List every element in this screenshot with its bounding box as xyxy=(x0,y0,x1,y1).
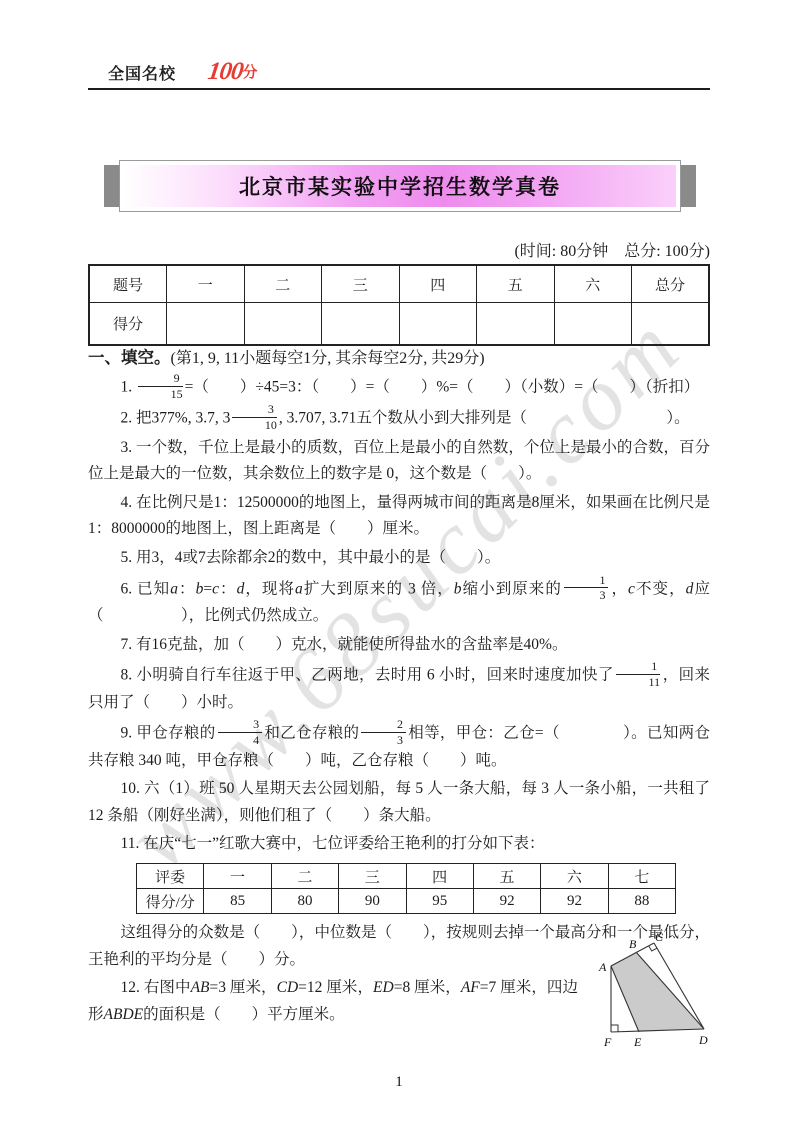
score-table-header-row: 题号一二三四五六总分 xyxy=(89,265,709,303)
judge-table-score-cell: 90 xyxy=(339,889,406,914)
section-1-title: 一、填空。 xyxy=(88,349,171,367)
score-table-empty-cell xyxy=(244,303,322,346)
judge-table-score-row: 得分/分85809095929288 xyxy=(137,889,676,914)
judge-table-header-cell: 一 xyxy=(204,864,271,889)
section-1-note: (第1, 9, 11小题每空1分, 其余每空2分, 共29分) xyxy=(171,350,485,367)
judge-table-header-cell: 评委 xyxy=(137,864,204,889)
banner-gradient: 北京市某实验中学招生数学真卷 xyxy=(124,165,676,207)
figure-label-b: B xyxy=(629,937,637,951)
score-table-empty-cell xyxy=(399,303,477,346)
score-100-number: 100 xyxy=(206,58,244,86)
question-paragraph: 1. 915=（ ）÷45=3：（ ）=（ ）%=（ ）（小数）=（ ）（折扣） xyxy=(88,372,710,401)
figure-label-c: C xyxy=(655,930,664,944)
judge-table-header-row: 评委一二三四五六七 xyxy=(137,864,676,889)
judge-table-header-cell: 六 xyxy=(541,864,608,889)
score-table-header-cell: 一 xyxy=(167,265,245,303)
score-table-empty-cell xyxy=(322,303,400,346)
fraction: 915 xyxy=(138,372,183,400)
score-table-header-cell: 五 xyxy=(477,265,555,303)
figure-label-a: A xyxy=(598,960,607,974)
judge-table-score-cell: 85 xyxy=(204,889,271,914)
question-paragraph: 4. 在比例尺是1：12500000的地图上，量得两城市间的距离是8厘米，如果画… xyxy=(88,490,710,543)
question-paragraph: 9. 甲仓存粮的34和乙仓存粮的23相等，甲仓：乙仓=（ ）。已知两仓共存粮 3… xyxy=(88,718,710,774)
time-score-note: (时间: 80分钟 总分: 100分) xyxy=(514,238,710,261)
score-table-score-row: 得分 xyxy=(89,303,709,346)
question-paragraph: 3. 一个数，千位上是最小的质数，百位上是最小的自然数，个位上是最小的合数，百分… xyxy=(88,435,710,488)
score-table-empty-cell xyxy=(632,303,710,346)
question-paragraph: 10. 六（1）班 50 人星期天去公园划船，每 5 人一条大船，每 3 人一条… xyxy=(88,776,710,829)
score-table-empty-cell xyxy=(167,303,245,346)
judge-table-header-cell: 二 xyxy=(271,864,338,889)
fraction: 23 xyxy=(361,718,406,746)
figure-label-e: E xyxy=(633,1035,642,1049)
judge-table-header-cell: 五 xyxy=(473,864,540,889)
score-table-header-cell: 总分 xyxy=(632,265,710,303)
judge-table-score-cell: 80 xyxy=(271,889,338,914)
fraction: 13 xyxy=(564,574,609,602)
score-100-logo: 100分 xyxy=(208,58,258,86)
question-paragraph: 6. 已知a：b=c：d，现将a扩大到原来的 3 倍，b缩小到原来的13，c不变… xyxy=(88,574,710,630)
score-table-empty-cell xyxy=(554,303,632,346)
exam-title: 北京市某实验中学招生数学真卷 xyxy=(239,171,561,201)
banner-white-box: 北京市某实验中学招生数学真卷 xyxy=(119,160,681,212)
quadrilateral-diagram: A B C D E F xyxy=(592,930,720,1050)
fraction: 34 xyxy=(218,718,263,746)
brand-label: 全国名校 xyxy=(108,61,176,84)
question-paragraph: 5. 用3，4或7去除都余2的数中，其中最小的是（ ）。 xyxy=(88,545,710,572)
figure-label-d: D xyxy=(698,1033,708,1047)
judge-table-header-cell: 三 xyxy=(339,864,406,889)
fraction: 111 xyxy=(616,660,661,688)
judge-scores-table: 评委一二三四五六七得分/分85809095929288 xyxy=(136,863,676,914)
question-paragraph: 2. 把377%, 3.7, 3310, 3.707, 3.71五个数从小到大排… xyxy=(88,403,710,432)
question-paragraph: 12. 右图中AB=3 厘米，CD=12 厘米，ED=8 厘米，AF=7 厘米，… xyxy=(88,975,578,1028)
exam-page: www.68sucai.com 全国名校 100分 北京市某实验中学招生数学真卷… xyxy=(0,0,798,1122)
score-table-header-cell: 六 xyxy=(554,265,632,303)
score-table-header-cell: 四 xyxy=(399,265,477,303)
judge-table-header-cell: 七 xyxy=(608,864,675,889)
question-paragraph: 11. 在庆“七一”红歌大赛中，七位评委给王艳利的打分如下表： xyxy=(88,831,710,858)
question-paragraph: 7. 有16克盐，加（ ）克水，就能使所得盐水的含盐率是40%。 xyxy=(88,632,710,659)
question-paragraph: 8. 小明骑自行车往返于甲、乙两地，去时用 6 小时，回来时速度加快了111，回… xyxy=(88,660,710,716)
judge-table-score-cell: 92 xyxy=(473,889,540,914)
score-100-unit: 分 xyxy=(243,64,258,81)
judge-table-score-cell: 95 xyxy=(406,889,473,914)
fraction: 310 xyxy=(232,403,277,431)
score-summary-table: 题号一二三四五六总分 得分 xyxy=(88,264,710,346)
score-table-header-cell: 题号 xyxy=(89,265,167,303)
judge-table-header-cell: 四 xyxy=(406,864,473,889)
geometry-figure: A B C D E F xyxy=(592,930,720,1050)
section-1-heading: 一、填空。(第1, 9, 11小题每空1分, 其余每空2分, 共29分) xyxy=(88,344,710,368)
score-table-empty-cell xyxy=(477,303,555,346)
judge-table-score-cell: 92 xyxy=(541,889,608,914)
judge-table-row-label: 得分/分 xyxy=(137,889,204,914)
score-table-header-cell: 三 xyxy=(322,265,400,303)
score-table-row-label: 得分 xyxy=(89,303,167,346)
page-header: 全国名校 100分 xyxy=(88,58,710,90)
figure-label-f: F xyxy=(603,1035,612,1049)
page-number: 1 xyxy=(0,1074,798,1091)
judge-table-score-cell: 88 xyxy=(608,889,675,914)
score-table-header-cell: 二 xyxy=(244,265,322,303)
title-banner: 北京市某实验中学招生数学真卷 xyxy=(104,160,696,212)
